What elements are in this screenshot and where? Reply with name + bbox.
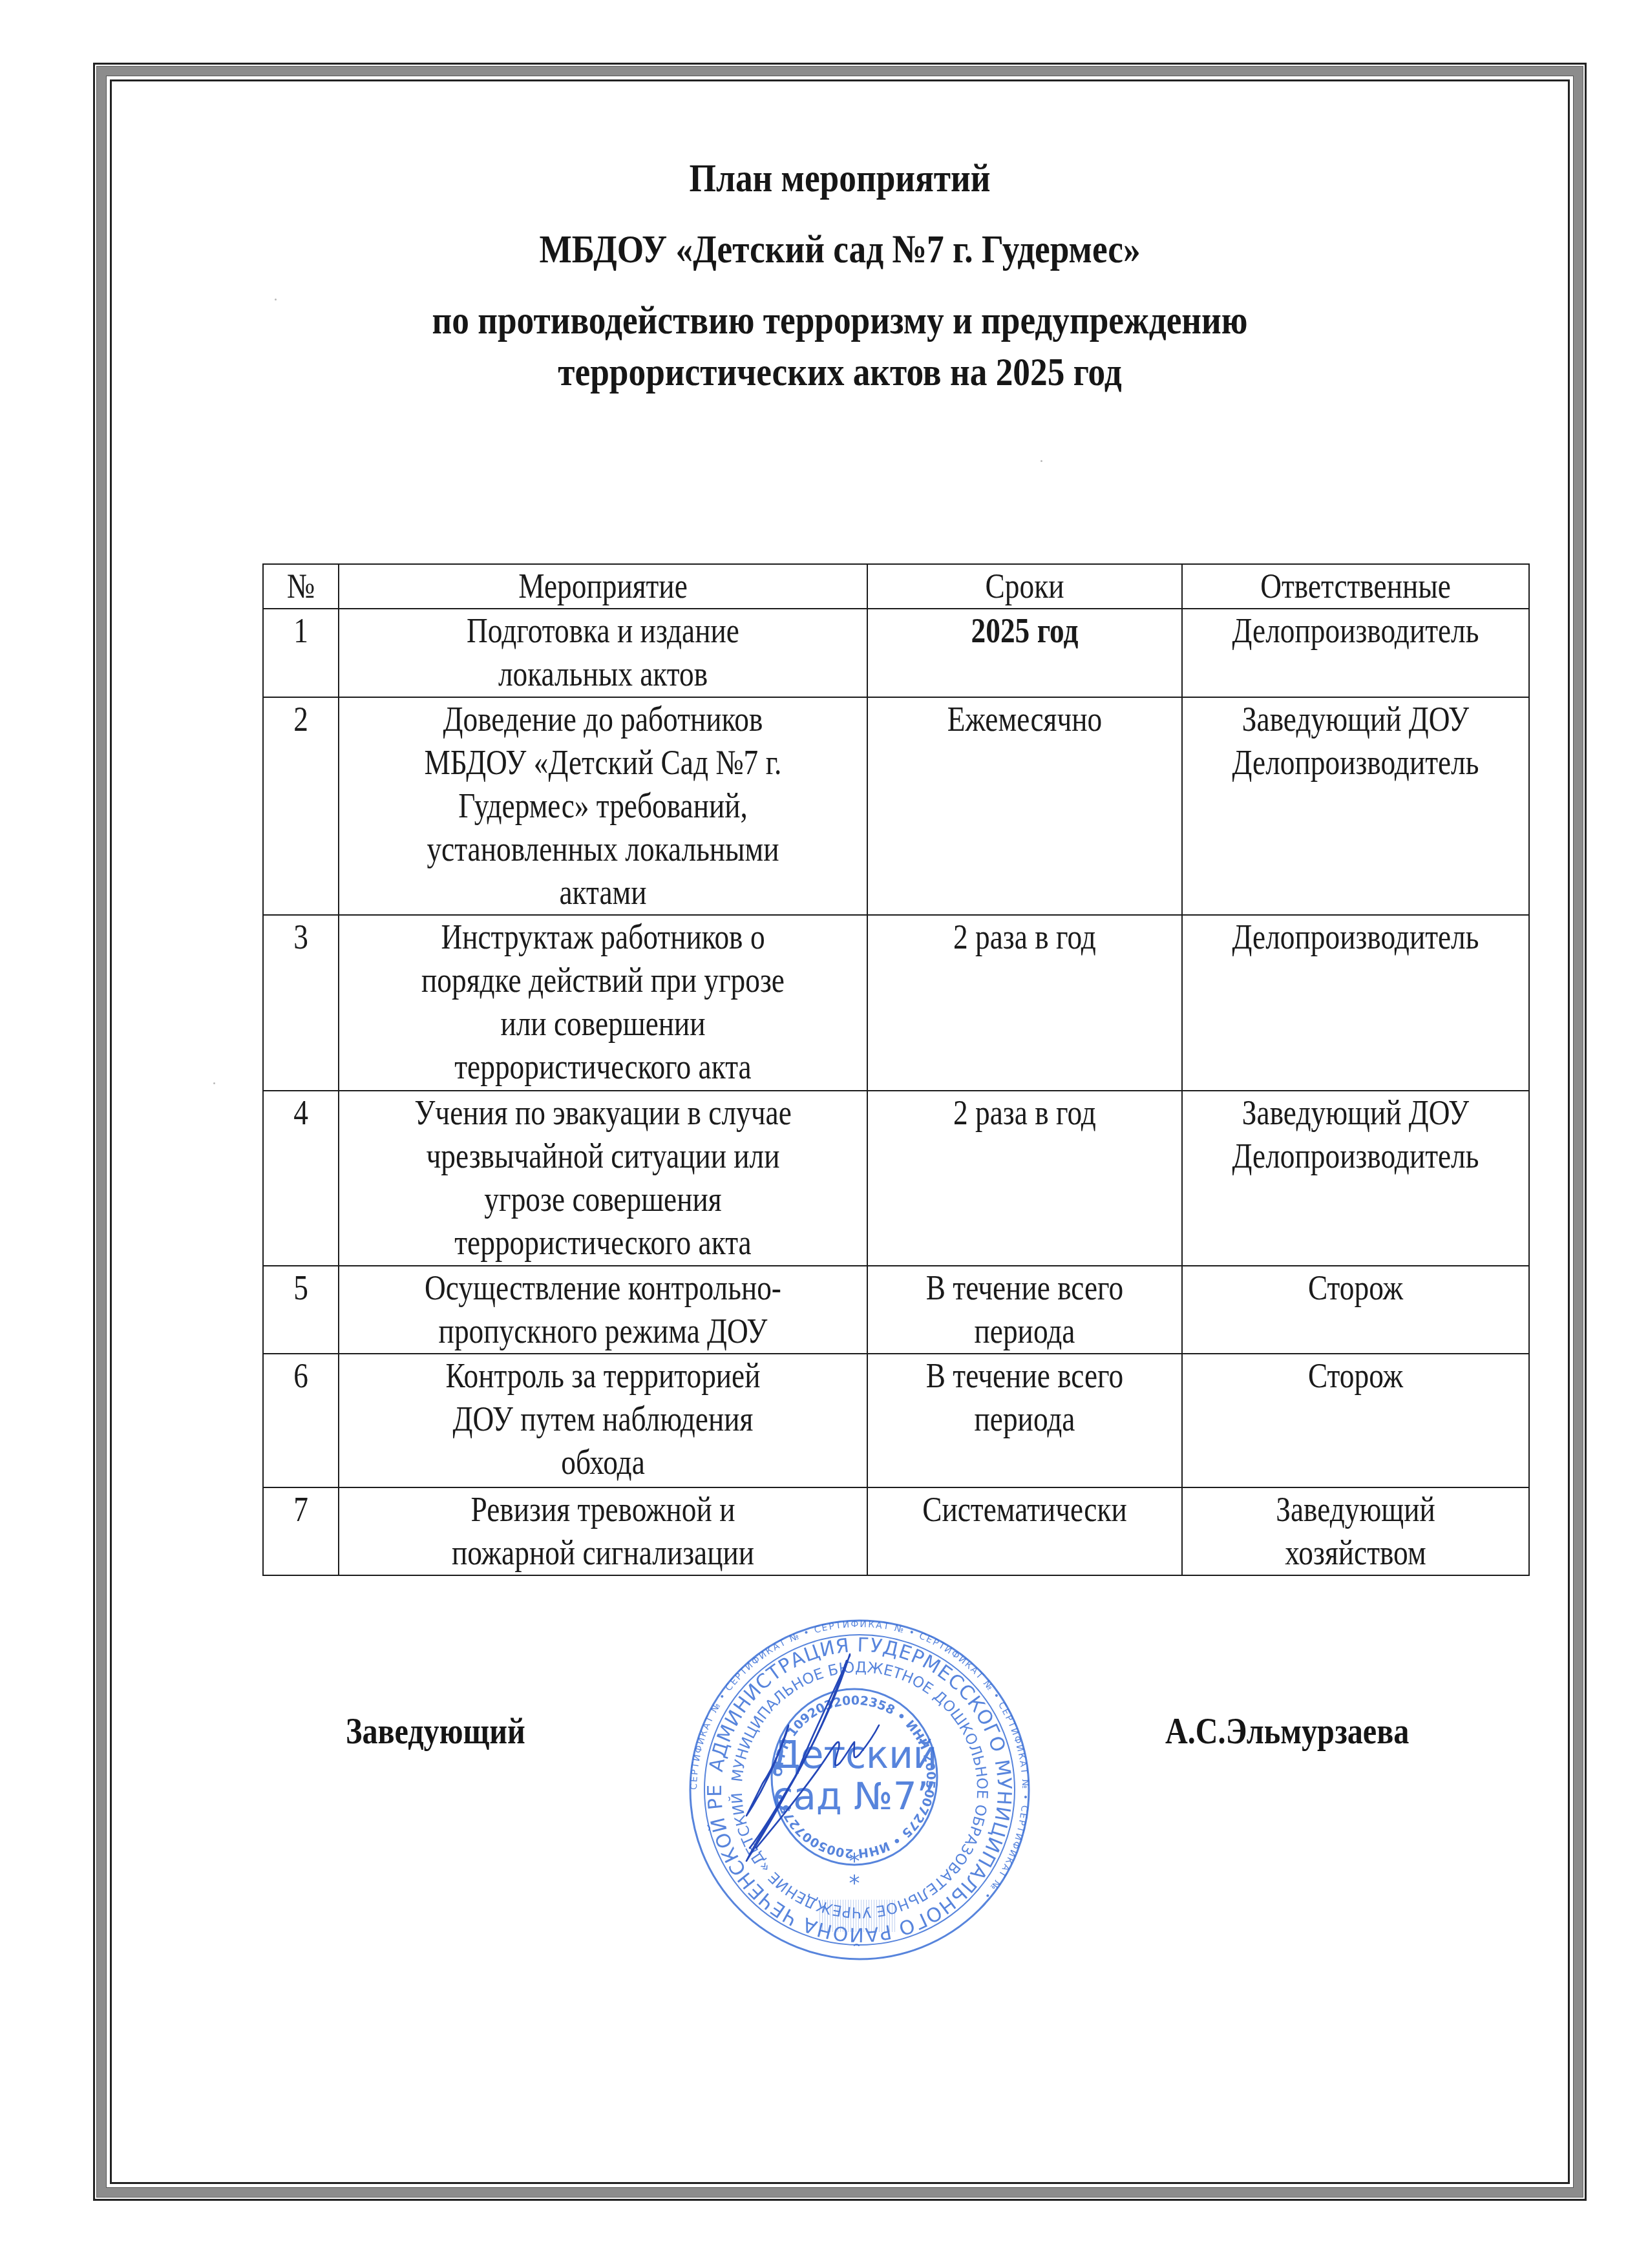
signature-name: А.С.Эльмурзаева: [1165, 1711, 1409, 1752]
scan-speck: [213, 1082, 215, 1084]
cell-number: 7: [263, 1487, 339, 1575]
table-header-row: № Мероприятие Сроки Ответственные: [263, 564, 1529, 609]
title-line-4: террористических актов на 2025 год: [212, 349, 1468, 395]
cell-number: 2: [263, 697, 339, 915]
table-row: 3Инструктаж работников о порядке действи…: [263, 915, 1529, 1091]
header-responsible: Ответственные: [1182, 564, 1529, 609]
plan-table: № Мероприятие Сроки Ответственные 1Подго…: [262, 563, 1530, 1576]
header-term: Сроки: [867, 564, 1182, 609]
cell-term: Ежемесячно: [867, 697, 1182, 915]
cell-responsible: Сторож: [1182, 1266, 1529, 1354]
cell-responsible: Заведующий ДОУ Делопроизводитель: [1182, 1091, 1529, 1266]
stamp-star-icon: *: [849, 1871, 860, 1896]
official-stamp: СЕРТИФИКАТ № • СЕРТИФИКАТ № • СЕРТИФИКАТ…: [685, 1615, 1034, 1964]
scan-speck: [1041, 460, 1042, 462]
header-event: Мероприятие: [339, 564, 867, 609]
cell-number: 1: [263, 609, 339, 697]
table-row: 1Подготовка и издание локальных актов202…: [263, 609, 1529, 697]
cell-term: 2025 год: [867, 609, 1182, 697]
table-row: 5Осуществление контрольно- пропускного р…: [263, 1266, 1529, 1354]
cell-responsible: Делопроизводитель: [1182, 609, 1529, 697]
cell-event: Осуществление контрольно- пропускного ре…: [339, 1266, 867, 1354]
cell-event: Контроль за территорией ДОУ путем наблюд…: [339, 1354, 867, 1487]
cell-term: В течение всего периода: [867, 1266, 1182, 1354]
header-number: №: [263, 564, 339, 609]
cell-number: 3: [263, 915, 339, 1091]
cell-event: Подготовка и издание локальных актов: [339, 609, 867, 697]
signature-position: Заведующий: [346, 1711, 525, 1752]
cell-number: 6: [263, 1354, 339, 1487]
table-row: 7Ревизия тревожной и пожарной сигнализац…: [263, 1487, 1529, 1575]
cell-number: 4: [263, 1091, 339, 1266]
cell-term: 2 раза в год: [867, 915, 1182, 1091]
cell-event: Учения по эвакуации в случае чрезвычайно…: [339, 1091, 867, 1266]
cell-responsible: Сторож: [1182, 1354, 1529, 1487]
cell-responsible: Заведующий ДОУ Делопроизводитель: [1182, 697, 1529, 915]
title-line-2: МБДОУ «Детский сад №7 г. Гудермес»: [212, 226, 1468, 273]
cell-term: 2 раза в год: [867, 1091, 1182, 1266]
table-row: 2Доведение до работников МБДОУ «Детский …: [263, 697, 1529, 915]
cell-term: Систематически: [867, 1487, 1182, 1575]
cell-event: Инструктаж работников о порядке действий…: [339, 915, 867, 1091]
cell-responsible: Делопроизводитель: [1182, 915, 1529, 1091]
cell-term: В течение всего периода: [867, 1354, 1182, 1487]
table-row: 6Контроль за территорией ДОУ путем наблю…: [263, 1354, 1529, 1487]
stamp-hologram-patch: [818, 1900, 895, 1932]
title-line-1: План мероприятий: [212, 155, 1468, 202]
title-line-3: по противодействию терроризму и предупре…: [212, 297, 1468, 344]
cell-number: 5: [263, 1266, 339, 1354]
cell-responsible: Заведующий хозяйством: [1182, 1487, 1529, 1575]
cell-event: Доведение до работников МБДОУ «Детский С…: [339, 697, 867, 915]
table-row: 4Учения по эвакуации в случае чрезвычайн…: [263, 1091, 1529, 1266]
cell-event: Ревизия тревожной и пожарной сигнализаци…: [339, 1487, 867, 1575]
